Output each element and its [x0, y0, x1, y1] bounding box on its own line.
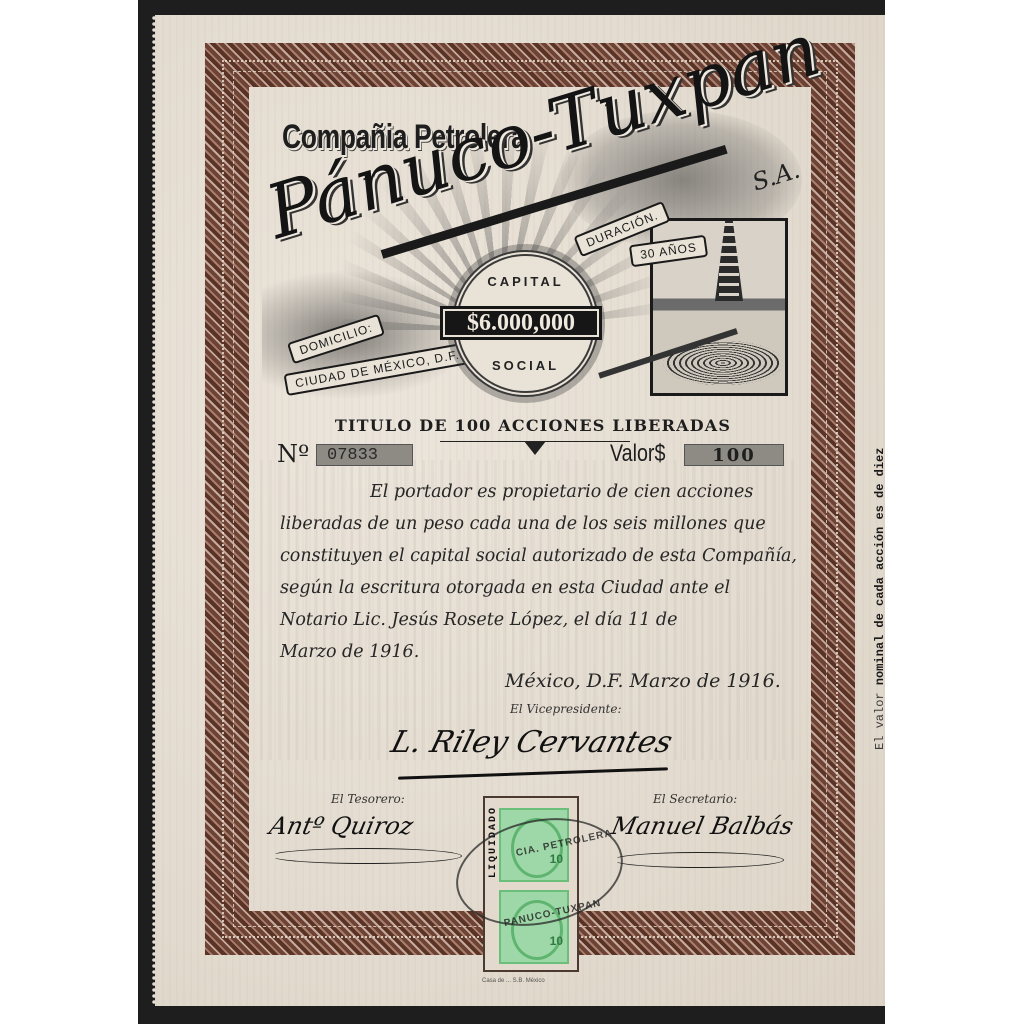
value-label: Valor$ [610, 440, 665, 468]
value-amount: 100 [684, 444, 784, 466]
body-line: liberadas de un peso cada una de los sei… [280, 508, 805, 540]
stamp-denomination: 10 [550, 934, 563, 948]
stamp-denomination: 10 [550, 852, 563, 866]
signature-flourish [270, 848, 462, 864]
side-note-prefix: El valor [873, 685, 887, 750]
signature-flourish [612, 852, 784, 868]
secretary-signature: Manuel Balbás [609, 812, 796, 840]
seal-capital-text: CAPITAL [458, 274, 593, 289]
side-note-emphasis: nominal de cada acción es de diez [873, 448, 887, 686]
derrick-lattice [719, 218, 739, 296]
printer-imprint: Casa de ... S.B. México [482, 978, 545, 984]
vicepresident-role: El Vicepresidente: [510, 702, 622, 716]
divider-ornament-icon [524, 441, 546, 455]
certificate-headline: TITULO DE 100 ACCIONES LIBERADAS [283, 416, 783, 435]
body-line: según la escritura otorgada en esta Ciud… [280, 572, 805, 604]
treasurer-role: El Tesorero: [331, 792, 405, 806]
seal-social-text: SOCIAL [458, 358, 593, 373]
capital-amount: $6.000,000 [440, 306, 602, 340]
body-line: El portador es propietario de cien accio… [280, 476, 805, 508]
place-and-date: México, D.F. Marzo de 1916. [505, 670, 781, 692]
body-line: Notario Lic. Jesús Rosete López, el día … [280, 604, 805, 636]
body-line: Marzo de 1916. [280, 636, 805, 668]
typed-side-note: El valor nominal de cada acción es de di… [873, 330, 887, 750]
serial-number-value: 07833 [316, 444, 413, 466]
serial-number-label: Nº [277, 440, 309, 468]
secretary-role: El Secretario: [653, 792, 737, 806]
body-line: constituyen el capital social autorizado… [280, 540, 805, 572]
vicepresident-signature: L. Riley Cervantes [387, 725, 676, 760]
certificate-body: El portador es propietario de cien accio… [280, 476, 805, 668]
header-vignette: Compañia Petrolera Pánuco-Tuxpan S.A. DU… [262, 100, 797, 405]
treasurer-signature: Antº Quiroz [267, 812, 416, 840]
